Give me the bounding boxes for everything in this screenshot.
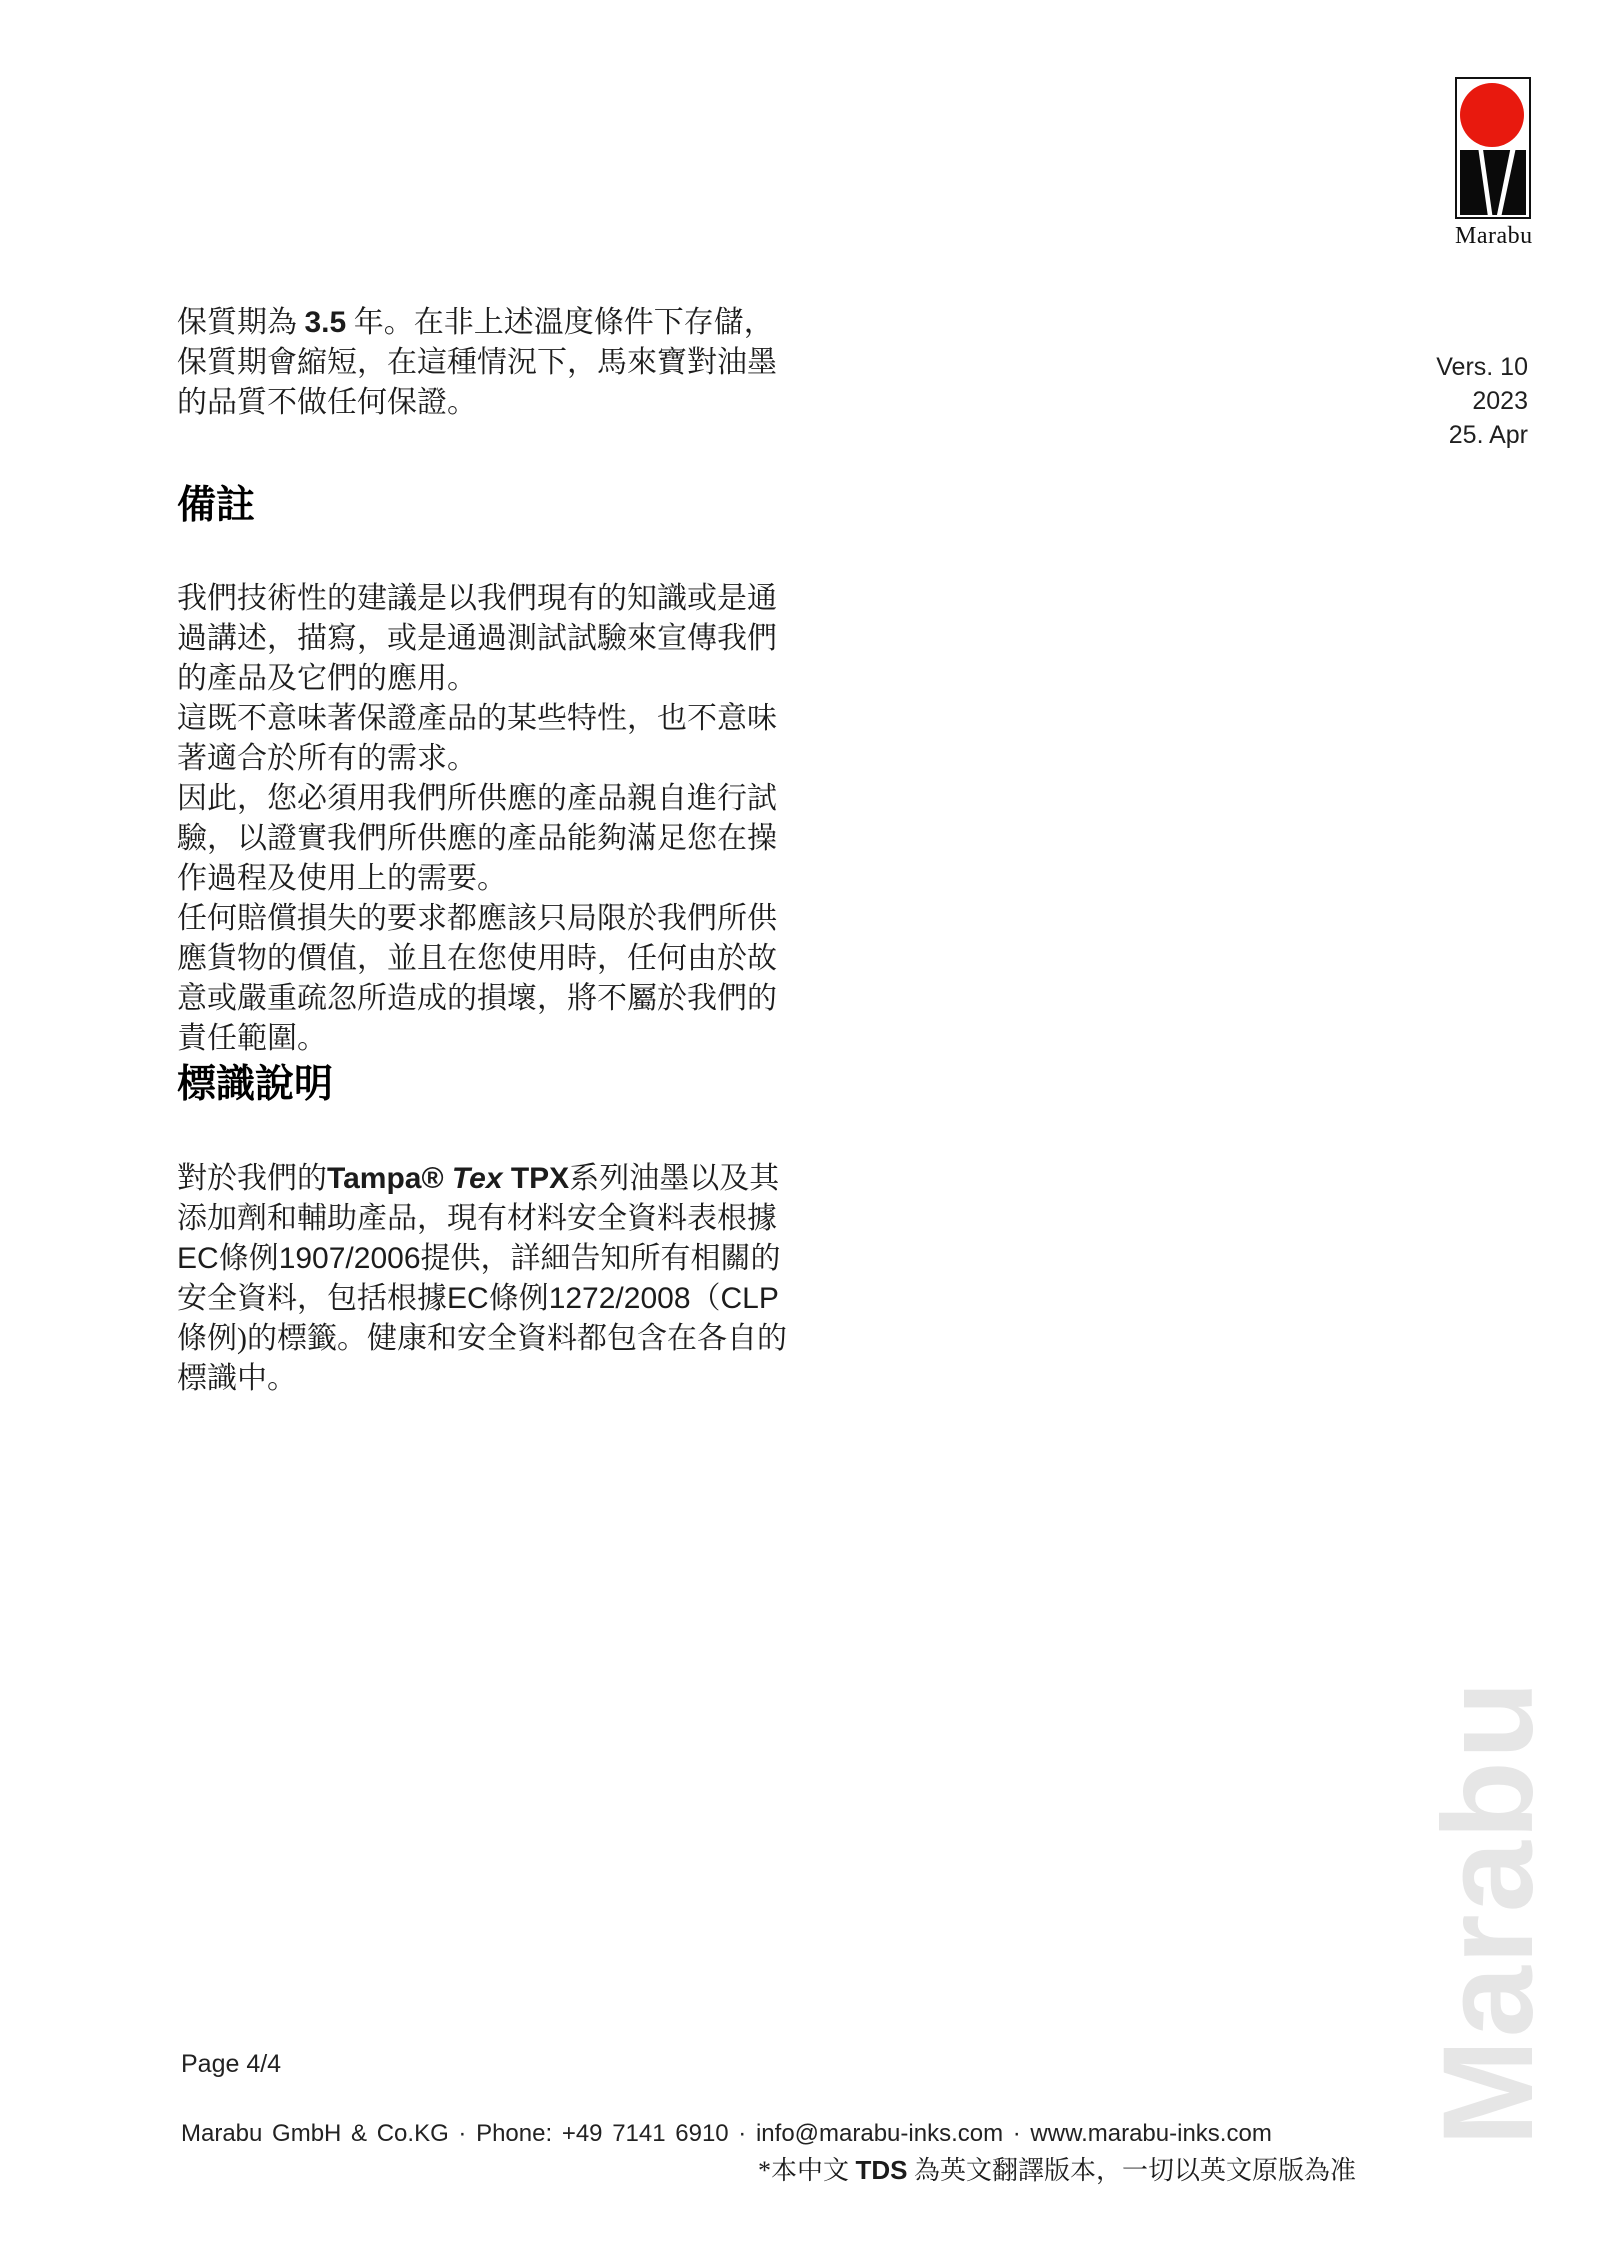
text-segment: 為英文翻譯版本，一切以英文原版為准 <box>907 2156 1356 2185</box>
text-segment: Tampa® <box>327 1162 452 1195</box>
remarks-heading: 備註 <box>177 483 792 529</box>
company-contact-line: Marabu GmbH & Co.KG · Phone: +49 7141 69… <box>181 2120 1272 2148</box>
text-segment: CLP <box>721 1282 779 1315</box>
text-segment: 條例 <box>219 1242 279 1275</box>
text-segment: *本中文 <box>758 2156 856 2185</box>
translation-disclaimer: *本中文 TDS 為英文翻譯版本，一切以英文原版為准 <box>758 2150 1356 2187</box>
text-segment: （ <box>691 1282 721 1315</box>
text-segment: Tex <box>452 1162 503 1195</box>
text-segment: 條例)的標籤。健康和安全資料都包含在各自的標識中。 <box>177 1322 787 1395</box>
marabu-m-logo-icon <box>1455 77 1531 219</box>
text-segment: 1907/2006 <box>279 1242 421 1275</box>
text-segment: 3.5 <box>305 306 347 339</box>
version-block: Vers. 10 2023 25. Apr <box>1436 350 1528 452</box>
text-segment: EC <box>447 1282 489 1315</box>
logo-wordmark: Marabu <box>1455 223 1531 250</box>
remarks-paragraph: 我們技術性的建議是以我們現有的知識或是通過講述，描寫，或是通過測試試驗來宣傳我們… <box>177 579 792 1059</box>
marabu-watermark: Marabu <box>1434 1679 1544 2146</box>
text-segment: EC <box>177 1242 219 1275</box>
text-segment: 條例 <box>489 1282 549 1315</box>
labeling-heading: 標識說明 <box>177 1062 792 1108</box>
text-segment: 1272/2008 <box>549 1282 691 1315</box>
document-page: Marabu Vers. 10 2023 25. Apr 保質期為 3.5 年。… <box>0 0 1600 2264</box>
text-segment: TDS <box>855 2155 907 2185</box>
marabu-logo: Marabu <box>1455 77 1531 250</box>
labeling-paragraph: 對於我們的Tampa® Tex TPX系列油墨以及其添加劑和輔助產品，現有材料安… <box>177 1159 792 1399</box>
text-segment: 保質期為 <box>177 306 305 339</box>
shelf-life-paragraph: 保質期為 3.5 年。在非上述溫度條件下存儲，保質期會縮短，在這種情況下，馬來寶… <box>177 303 792 423</box>
text-segment: 對於我們的 <box>177 1162 327 1195</box>
text-segment: TPX <box>503 1162 570 1195</box>
page-number: Page 4/4 <box>181 2050 281 2079</box>
